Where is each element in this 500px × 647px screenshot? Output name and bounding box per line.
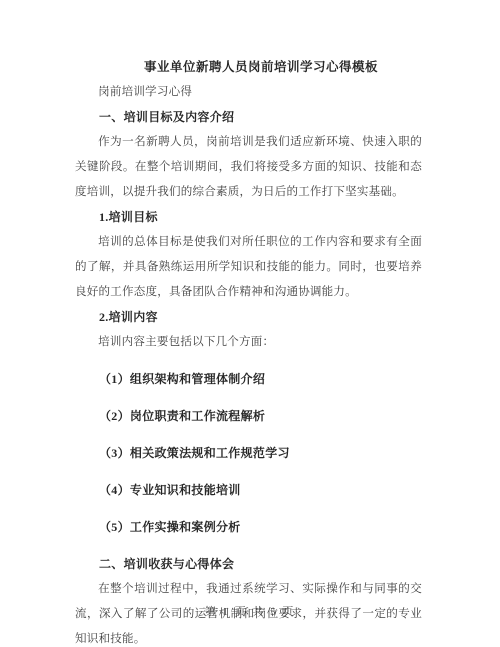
list-item-practice-cases: （5）工作实操和案例分析 xyxy=(75,515,422,540)
list-item-policies: （3）相关政策法规和工作规范学习 xyxy=(75,441,422,466)
paragraph-training-overview: 作为一名新聘人员，岗前培训是我们适应新环境、快速入职的关键阶段。在整个培训期间，… xyxy=(75,130,422,205)
intro-line: 岗前培训学习心得 xyxy=(75,80,422,105)
paragraph-training-content-lead: 培训内容主要包括以下几个方面： xyxy=(75,330,422,355)
section-heading-training-gains: 二、培训收获与心得体会 xyxy=(75,552,422,577)
document-page: 事业单位新聘人员岗前培训学习心得模板 岗前培训学习心得 一、培训目标及内容介绍 … xyxy=(0,0,500,647)
paragraph-training-goal: 培训的总体目标是使我们对所任职位的工作内容和要求有全面的了解，并具备熟练运用所学… xyxy=(75,230,422,305)
page-number-footer: 第 1 页 共 5 页 xyxy=(0,600,500,625)
list-item-professional-skills: （4）专业知识和技能培训 xyxy=(75,478,422,503)
document-content: 事业单位新聘人员岗前培训学习心得模板 岗前培训学习心得 一、培训目标及内容介绍 … xyxy=(75,55,422,647)
subheading-training-goal: 1.培训目标 xyxy=(75,205,422,230)
training-content-list: （1）组织架构和管理体制介绍 （2）岗位职责和工作流程解析 （3）相关政策法规和… xyxy=(75,367,422,540)
list-item-org-structure: （1）组织架构和管理体制介绍 xyxy=(75,367,422,392)
section-heading-training-goals-and-content: 一、培训目标及内容介绍 xyxy=(75,105,422,130)
subheading-training-content: 2.培训内容 xyxy=(75,305,422,330)
list-item-job-duties: （2）岗位职责和工作流程解析 xyxy=(75,404,422,429)
document-title: 事业单位新聘人员岗前培训学习心得模板 xyxy=(75,55,422,80)
